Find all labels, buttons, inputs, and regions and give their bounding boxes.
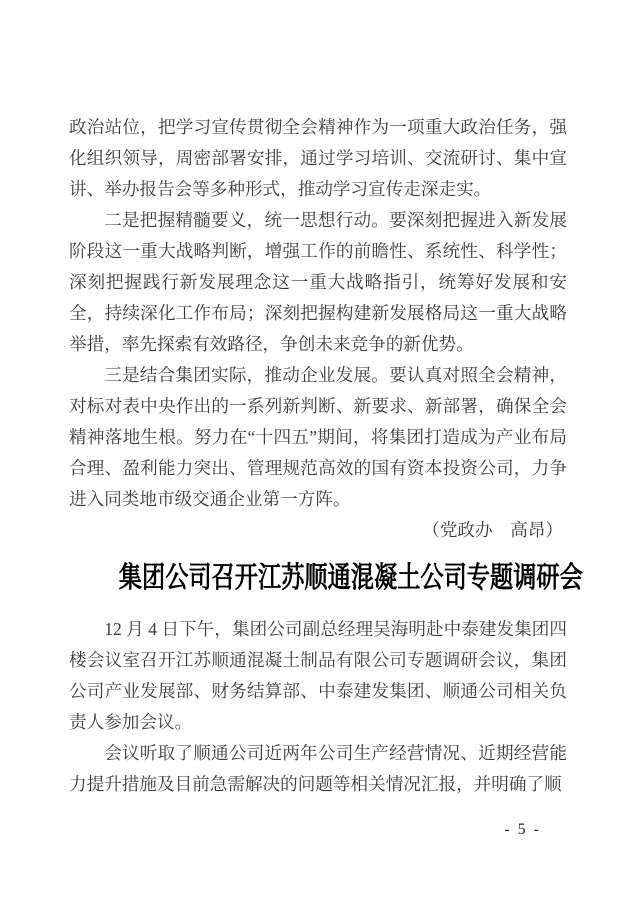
document-page: 政治站位，把学习宣传贯彻全会精神作为一项重大政治任务，强化组织领导，周密部署安排… <box>0 0 636 900</box>
article-continuation: 政治站位，把学习宣传贯彻全会精神作为一项重大政治任务，强化组织领导，周密部署安排… <box>69 112 567 546</box>
page-content: 政治站位，把学习宣传贯彻全会精神作为一项重大政治任务，强化组织领导，周密部署安排… <box>69 112 567 800</box>
article-paragraph-2: 会议听取了顺通公司近两年公司生产经营情况、近期经营能力提升措施及目前急需解决的问… <box>69 738 567 800</box>
article-title: 集团公司召开江苏顺通混凝土公司专题调研会 <box>119 560 517 596</box>
continuation-paragraph-3: 三是结合集团实际，推动企业发展。要认真对照全会精神，对标对表中央作出的一系列新判… <box>69 360 567 515</box>
byline: （党政办 高昂） <box>69 515 567 546</box>
continuation-paragraph-2: 二是把握精髓要义，统一思想行动。要深刻把握进入新发展阶段这一重大战略判断，增强工… <box>69 205 567 360</box>
page-number: - 5 - <box>504 822 541 838</box>
article-paragraph-1: 12 月 4 日下午，集团公司副总经理吴海明赴中泰建发集团四楼会议室召开江苏顺通… <box>69 614 567 738</box>
article-body: 12 月 4 日下午，集团公司副总经理吴海明赴中泰建发集团四楼会议室召开江苏顺通… <box>69 614 567 800</box>
continuation-paragraph-1: 政治站位，把学习宣传贯彻全会精神作为一项重大政治任务，强化组织领导，周密部署安排… <box>69 112 567 205</box>
